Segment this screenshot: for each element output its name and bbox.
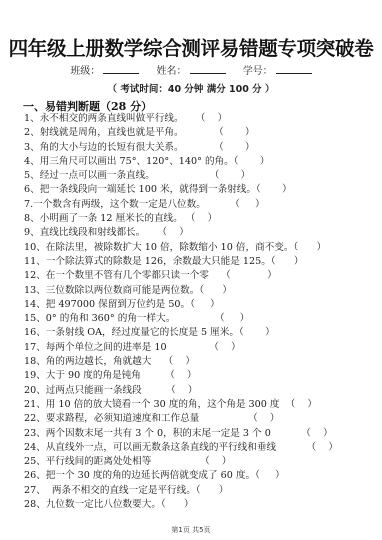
- name-field: 姓名：: [157, 62, 226, 77]
- question-item: 26、把一个 30 度的角的边延长两倍就变成了 60 度。（ ）: [24, 469, 374, 483]
- question-item: 5、经过一点可以画一条直线。 （ ）: [24, 169, 374, 183]
- student-id-field: 学号：: [243, 62, 312, 77]
- question-item: 15、0° 的角和 360° 的角一样大。 （ ）: [24, 312, 374, 326]
- question-item: 10、在除法里，被除数扩大 10 倍，除数缩小 10 倍，商不变。（ ）: [24, 241, 374, 255]
- question-item: 22、要求路程，必须知道速度和工作总量 （ ）: [24, 412, 374, 426]
- question-item: 27、 两条不相交的直线一定是平行线。（ ）: [24, 484, 374, 498]
- question-item: 1、永不相交的两条直线叫做平行线。 （ ）: [24, 112, 374, 126]
- question-item: 17、每两个单位之间的进率是 10 （ ）: [24, 341, 374, 355]
- exam-info: （ 考试时间：40 分钟 满分 100 分 ）: [0, 81, 382, 95]
- question-item: 14、把 497000 保留到万位约是 50。（ ）: [24, 298, 374, 312]
- question-item: 18、角的两边越长，角就越大 （ ）: [24, 355, 374, 369]
- question-item: 2、射线就是周角，直线也就是平角。 （ ）: [24, 126, 374, 140]
- question-item: 24、从直线外一点，可以画无数条这条直线的平行线和垂线 （ ）: [24, 441, 374, 455]
- question-item: 9、直线比线段和射线都长。 （ ）: [24, 226, 374, 240]
- student-id-label: 学号：: [243, 66, 273, 77]
- question-item: 3、角的大小与边的长短有很大关系。 （ ）: [24, 141, 374, 155]
- name-blank[interactable]: [190, 64, 226, 74]
- class-label: 班级：: [70, 66, 100, 77]
- question-item: 19、大于 90 度的角是钝角 （ ）: [24, 369, 374, 383]
- question-item: 4、用三角尺可以画出 75°、120°、140° 的角。（ ）: [24, 155, 374, 169]
- question-item: 6、把一条线段向一端延长 100 米，就得到一条射线。（ ）: [24, 183, 374, 197]
- question-item: 21、用 10 倍的放大镜看一个 30 度的角，这个角是 300 度 （ ）: [24, 398, 374, 412]
- document-title: 四年级上册数学综合测评易错题专项突破卷: [0, 33, 382, 61]
- question-item: 8、小明画了一条 12 厘米长的直线。 （ ）: [24, 212, 374, 226]
- class-blank[interactable]: [103, 64, 139, 74]
- name-label: 姓名：: [157, 66, 187, 77]
- question-item: 12、在一个数里不管有几个零都只读一个零 （ ）: [24, 269, 374, 283]
- question-item: 11、一个除法算式的除数是 126，余数最大只能是 125。（ ）: [24, 255, 374, 269]
- question-item: 28、九位数一定比八位数要大。（ ）: [24, 498, 374, 512]
- class-field: 班级：: [70, 62, 139, 77]
- question-item: 16、一条射线 OA，经过度量它的长度是 5 厘米。（ ）: [24, 326, 374, 340]
- page-footer: 第1页 共5页: [0, 525, 382, 535]
- question-item: 25、平行线间的距离处处相等 （ ）: [24, 455, 374, 469]
- question-item: 20、过两点只能画一条线段 （ ）: [24, 384, 374, 398]
- question-item: 13、三位数除以两位数商可能是两位数。（ ）: [24, 284, 374, 298]
- question-item: 7.一个数含有两级，这个数一定是八位数。 （ ）: [24, 198, 374, 212]
- question-item: 23、两个因数末尾一共有 3 个 0，积的末尾一定是 3 个 0 （ ）: [24, 427, 374, 441]
- question-list: 1、永不相交的两条直线叫做平行线。 （ ） 2、射线就是周角，直线也就是平角。 …: [24, 112, 374, 512]
- student-id-blank[interactable]: [276, 64, 312, 74]
- student-info-row: 班级： 姓名： 学号：: [0, 62, 382, 77]
